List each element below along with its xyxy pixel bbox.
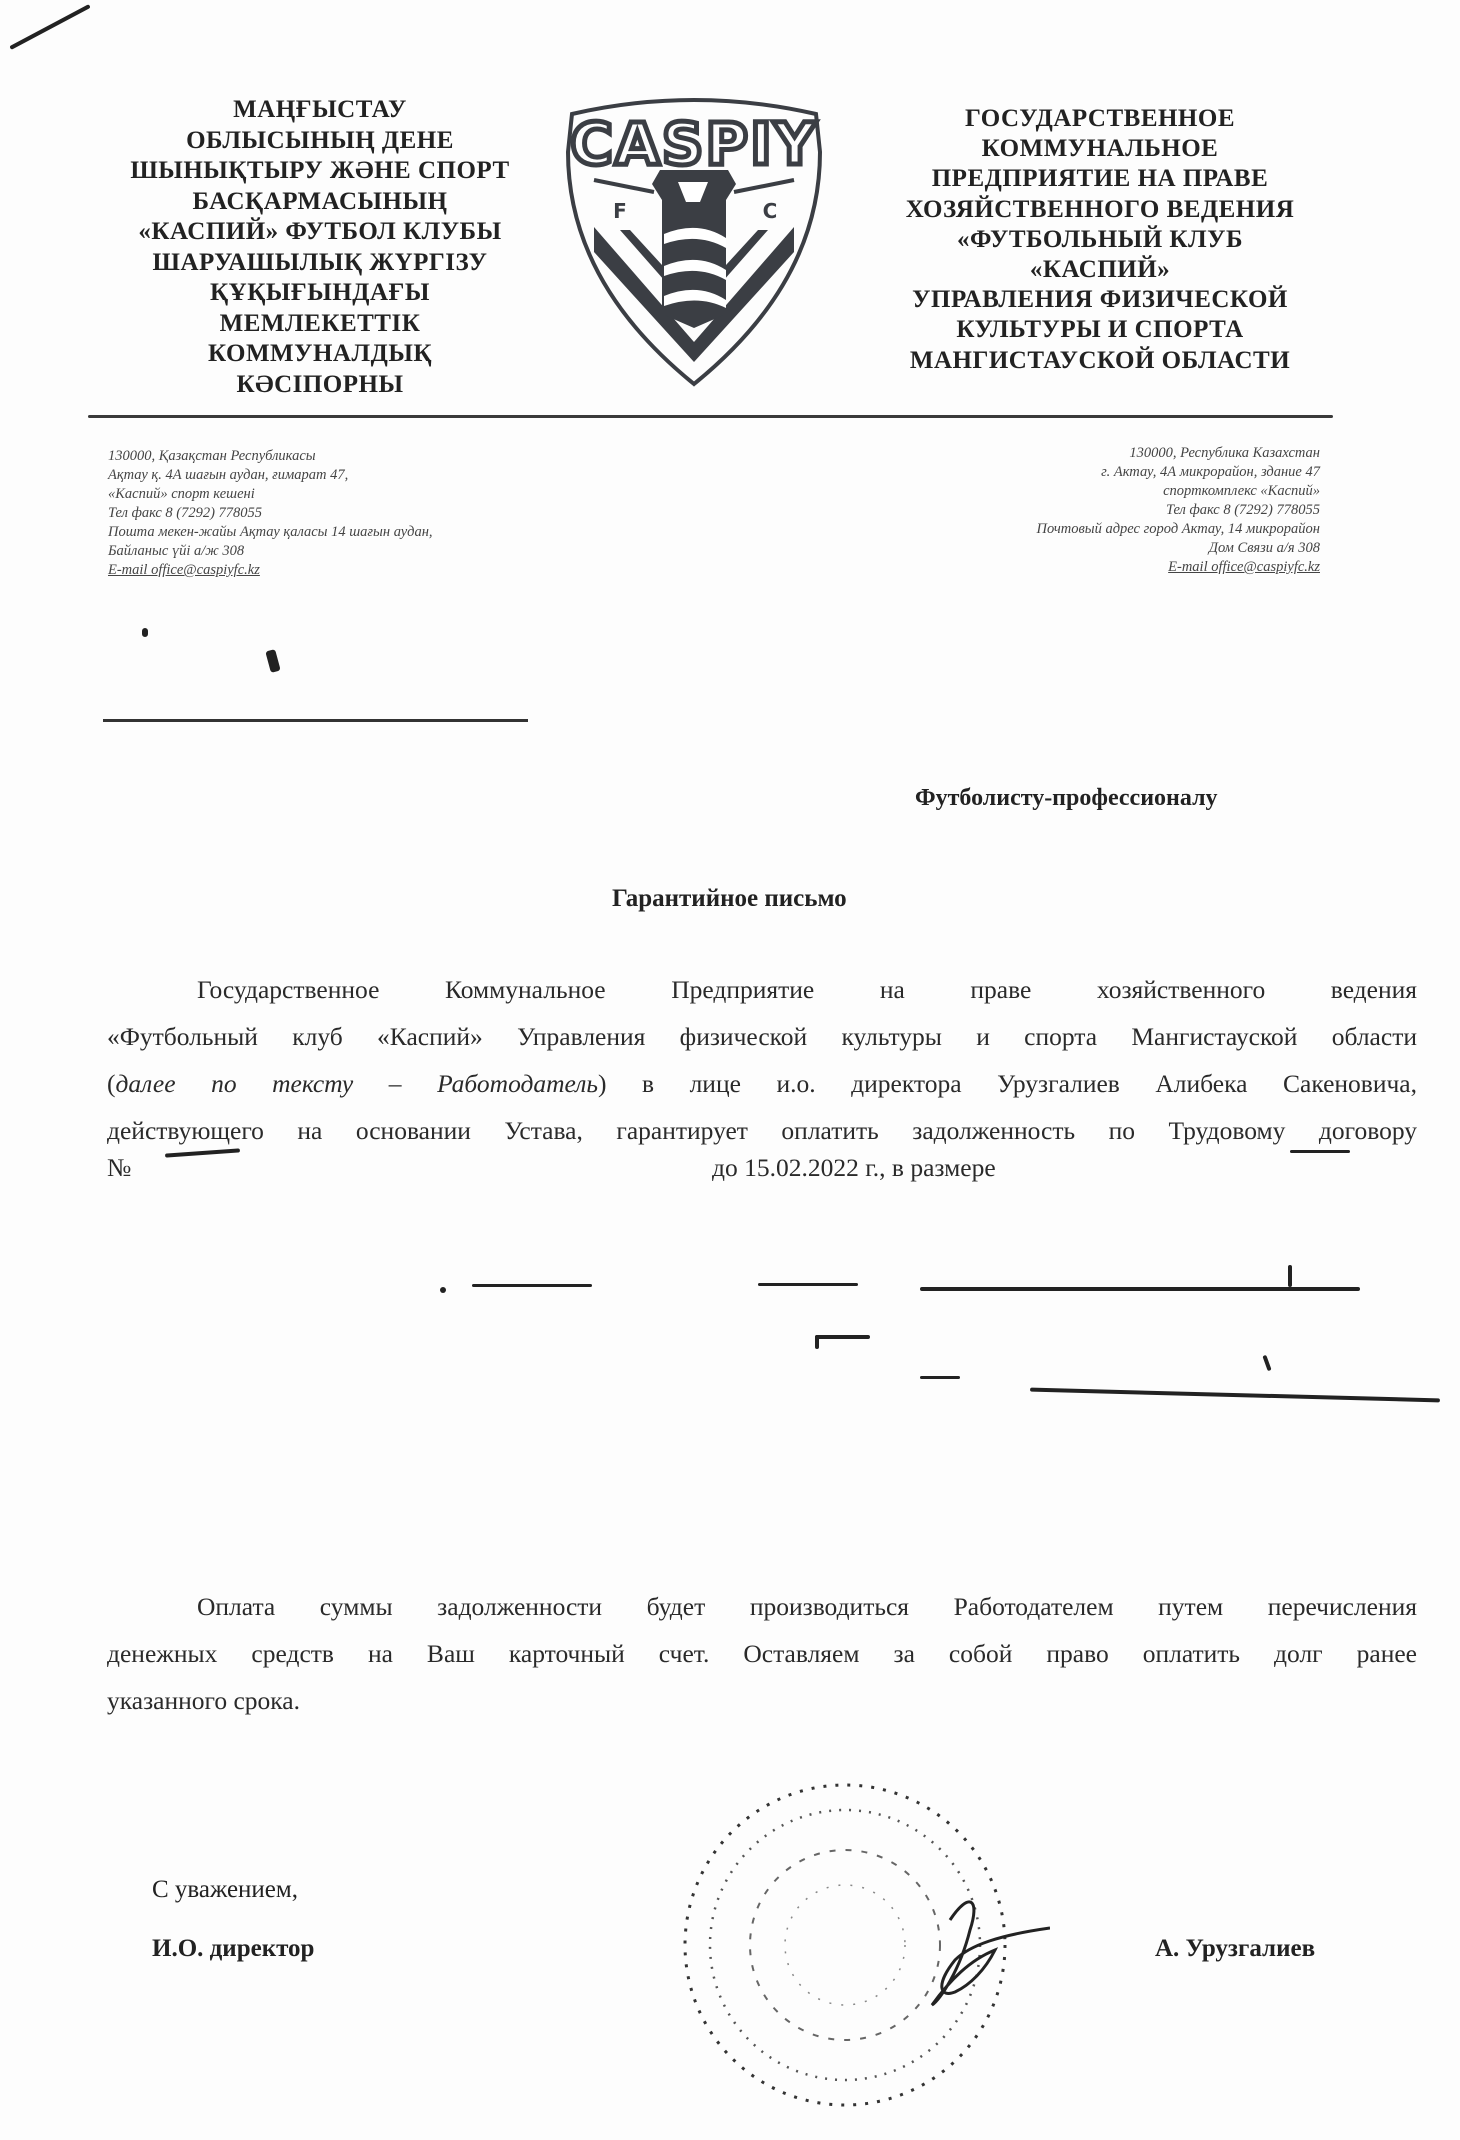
letterhead-line: КУЛЬТУРЫ И СПОРТА xyxy=(875,315,1325,345)
due-date-text: до 15.02.2022 г., в размере xyxy=(712,1153,996,1183)
letterhead-line: ГОСУДАРСТВЕННОЕ xyxy=(875,104,1325,134)
paragraph-line: «Футбольный клуб «Каспий» Управления физ… xyxy=(107,1013,1417,1060)
address-line: г. Актау, 4А микрорайон, здание 47 xyxy=(880,463,1320,482)
paragraph-line: (далее по тексту – Работодатель) в лице … xyxy=(107,1060,1417,1107)
letterhead-divider xyxy=(88,415,1333,418)
letterhead-line: ҚҰҚЫҒЫНДАҒЫ xyxy=(95,278,545,309)
redaction-mark xyxy=(1288,1265,1292,1287)
address-block-russian: 130000, Республика Казахстан г. Актау, 4… xyxy=(880,444,1320,577)
svg-text:C: C xyxy=(763,199,778,223)
redaction-mark xyxy=(920,1287,1360,1291)
letterhead-line: МАНГИСТАУСКОЙ ОБЛАСТИ xyxy=(875,346,1325,376)
paragraph-line: денежных средств на Ваш карточный счет. … xyxy=(107,1630,1417,1677)
signature-icon xyxy=(932,1902,1050,2005)
email-link[interactable]: E-mail office@caspiyfc.kz xyxy=(108,561,568,580)
letterhead-line: ШЫНЫҚТЫРУ ЖӘНЕ СПОРТ xyxy=(95,156,545,187)
letterhead-line: МЕМЛЕКЕТТІК xyxy=(95,309,545,340)
address-block-kazakh: 130000, Қазақстан Республикасы Ақтау қ. … xyxy=(108,447,568,580)
letterhead-line: КӘСІПОРНЫ xyxy=(95,370,545,401)
closing-regards: С уважением, xyxy=(152,1876,298,1904)
caspiy-fc-logo: CASPIY F C xyxy=(558,92,830,392)
letter-title: Гарантийное письмо xyxy=(612,885,847,913)
letterhead-line: УПРАВЛЕНИЯ ФИЗИЧЕСКОЙ xyxy=(875,285,1325,315)
redaction-mark xyxy=(440,1287,446,1293)
address-line: Тел факс 8 (7292) 778055 xyxy=(108,504,568,523)
scan-artifact xyxy=(142,628,148,637)
address-line: Байланыс үйі а/ж 308 xyxy=(108,542,568,561)
letterhead-kazakh: МАҢҒЫСТАУ ОБЛЫСЫНЫҢ ДЕНЕ ШЫНЫҚТЫРУ ЖӘНЕ … xyxy=(95,95,545,400)
letterhead-line: ХОЗЯЙСТВЕННОГО ВЕДЕНИЯ xyxy=(875,195,1325,225)
redaction-mark xyxy=(815,1335,870,1339)
redaction-mark xyxy=(1030,1388,1440,1403)
letterhead-line: КОММУНАЛДЫҚ xyxy=(95,339,545,370)
redaction-mark xyxy=(1262,1355,1271,1371)
reference-number-line xyxy=(103,719,528,722)
signer-position: И.О. директор xyxy=(152,1935,314,1963)
round-seal-icon xyxy=(670,1760,1050,2130)
paragraph-line: действующего на основании Устава, гарант… xyxy=(107,1107,1417,1154)
address-line: 130000, Республика Казахстан xyxy=(880,444,1320,463)
letterhead-line: ПРЕДПРИЯТИЕ НА ПРАВЕ xyxy=(875,164,1325,194)
paragraph-line: указанного срока. xyxy=(107,1677,1417,1724)
letterhead-line: «ФУТБОЛЬНЫЙ КЛУБ xyxy=(875,225,1325,255)
address-line: Почтовый адрес город Актау, 14 микрорайо… xyxy=(880,520,1320,539)
letterhead-line: БАСҚАРМАСЫНЫҢ xyxy=(95,187,545,218)
letterhead-line: «КАСПИЙ» ФУТБОЛ КЛУБЫ xyxy=(95,217,545,248)
letterhead-russian: ГОСУДАРСТВЕННОЕ КОММУНАЛЬНОЕ ПРЕДПРИЯТИЕ… xyxy=(875,104,1325,376)
official-stamp xyxy=(670,1760,1050,2130)
paragraph-guarantee: Государственное Коммунальное Предприятие… xyxy=(107,966,1417,1154)
redaction-mark xyxy=(920,1376,960,1379)
paragraph-line: Государственное Коммунальное Предприятие… xyxy=(107,966,1417,1013)
scan-artifact xyxy=(265,649,280,673)
letterhead-line: ШАРУАШЫЛЫҚ ЖҮРГІЗУ xyxy=(95,248,545,279)
address-line: Тел факс 8 (7292) 778055 xyxy=(880,501,1320,520)
address-line: Пошта мекен-жайы Ақтау қаласы 14 шағын а… xyxy=(108,523,568,542)
letterhead-line: «КАСПИЙ» xyxy=(875,255,1325,285)
number-symbol: № xyxy=(107,1153,131,1183)
signer-name: А. Урузгалиев xyxy=(1155,1935,1315,1963)
svg-text:CASPIY: CASPIY xyxy=(570,110,817,178)
letterhead-line: ОБЛЫСЫНЫҢ ДЕНЕ xyxy=(95,126,545,157)
paragraph-line: Оплата суммы задолженности будет произво… xyxy=(107,1583,1417,1630)
paragraph-payment: Оплата суммы задолженности будет произво… xyxy=(107,1583,1417,1724)
address-line: Дом Связи а/я 308 xyxy=(880,539,1320,558)
redaction-mark xyxy=(472,1284,592,1287)
redaction-mark xyxy=(815,1335,819,1349)
address-line: спорткомплекс «Каспий» xyxy=(880,482,1320,501)
shield-crest-icon: CASPIY F C xyxy=(558,92,830,392)
redaction-mark xyxy=(758,1283,858,1286)
scan-artifact xyxy=(9,4,90,50)
addressee: Футболисту-профессионалу xyxy=(915,785,1315,812)
letter-page: МАҢҒЫСТАУ ОБЛЫСЫНЫҢ ДЕНЕ ШЫНЫҚТЫРУ ЖӘНЕ … xyxy=(0,0,1460,2140)
letterhead-line: КОММУНАЛЬНОЕ xyxy=(875,134,1325,164)
address-line: 130000, Қазақстан Республикасы xyxy=(108,447,568,466)
letterhead-line: МАҢҒЫСТАУ xyxy=(95,95,545,126)
email-link[interactable]: E-mail office@caspiyfc.kz xyxy=(880,558,1320,577)
svg-text:F: F xyxy=(613,199,627,223)
address-line: Ақтау қ. 4А шағын аудан, ғимарат 47, xyxy=(108,466,568,485)
address-line: «Каспий» спорт кешені xyxy=(108,485,568,504)
redaction-mark xyxy=(1290,1150,1350,1153)
